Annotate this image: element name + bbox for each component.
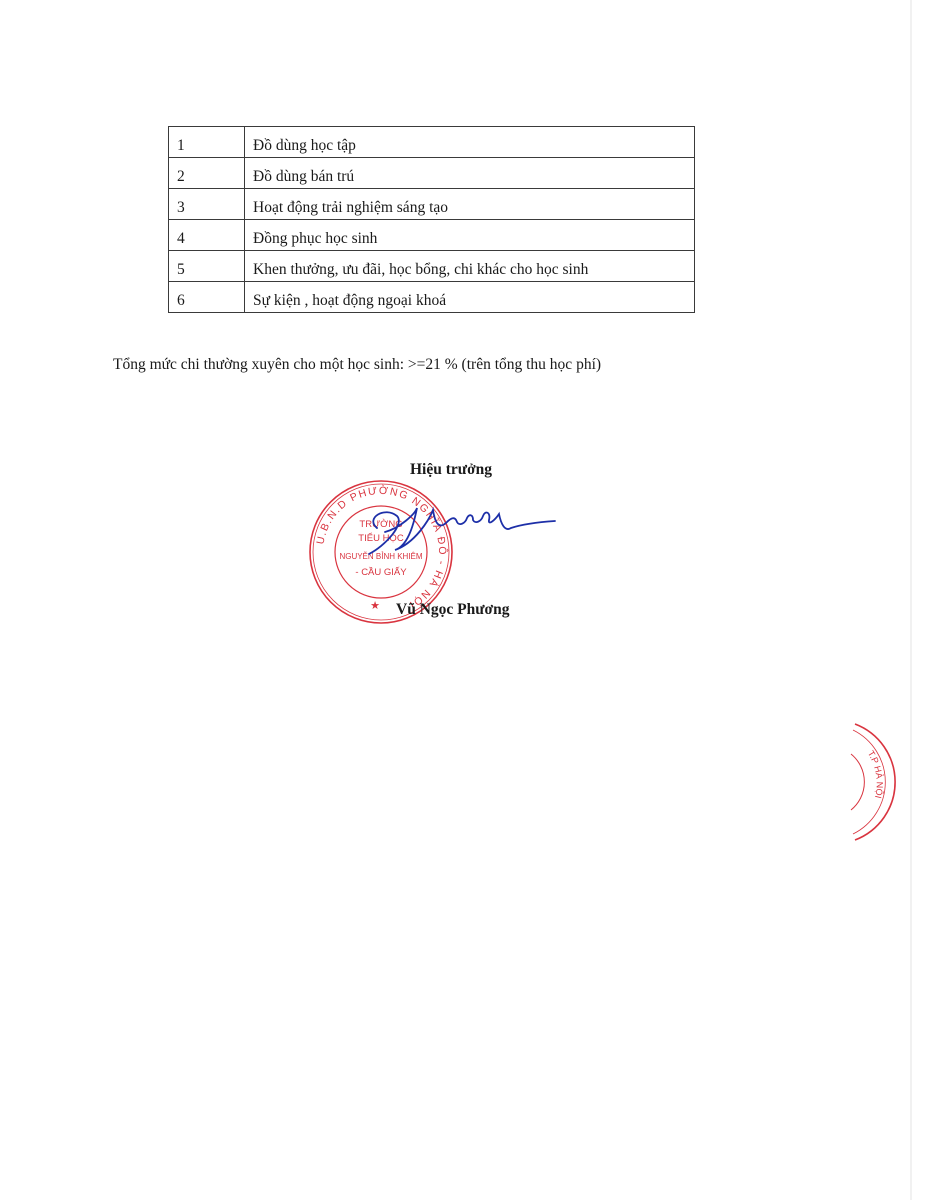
row-number: 2 [169, 158, 245, 189]
row-item: Khen thưởng, ưu đãi, học bổng, chi khác … [245, 251, 695, 282]
svg-text:T.P HÀ NỘI: T.P HÀ NỘI [866, 749, 885, 800]
row-item: Đồ dùng học tập [245, 127, 695, 158]
handwritten-signature-icon [355, 488, 565, 568]
row-number: 4 [169, 220, 245, 251]
expense-items-table: 1Đồ dùng học tập2Đồ dùng bán trú3Hoạt độ… [168, 126, 695, 313]
svg-text:- CẦU GIẤY: - CẦU GIẤY [355, 567, 407, 578]
table-row: 2Đồ dùng bán trú [169, 158, 695, 189]
row-item: Sự kiện , hoạt động ngoại khoá [245, 282, 695, 313]
signer-title: Hiệu trưởng [410, 461, 492, 479]
page-edge [910, 0, 912, 1200]
row-number: 6 [169, 282, 245, 313]
signer-name: Vũ Ngọc Phương [396, 601, 509, 619]
row-number: 3 [169, 189, 245, 220]
row-item: Đồ dùng bán trú [245, 158, 695, 189]
row-item: Hoạt động trải nghiệm sáng tạo [245, 189, 695, 220]
row-number: 1 [169, 127, 245, 158]
table-row: 6Sự kiện , hoạt động ngoại khoá [169, 282, 695, 313]
partial-stamp-icon: T.P HÀ NỘI [845, 718, 915, 843]
table-row: 1Đồ dùng học tập [169, 127, 695, 158]
table-row: 3Hoạt động trải nghiệm sáng tạo [169, 189, 695, 220]
row-number: 5 [169, 251, 245, 282]
summary-text: Tổng mức chi thường xuyên cho một học si… [113, 356, 601, 374]
table-row: 4Đồng phục học sinh [169, 220, 695, 251]
svg-text:★: ★ [370, 600, 380, 612]
table-row: 5Khen thưởng, ưu đãi, học bổng, chi khác… [169, 251, 695, 282]
row-item: Đồng phục học sinh [245, 220, 695, 251]
